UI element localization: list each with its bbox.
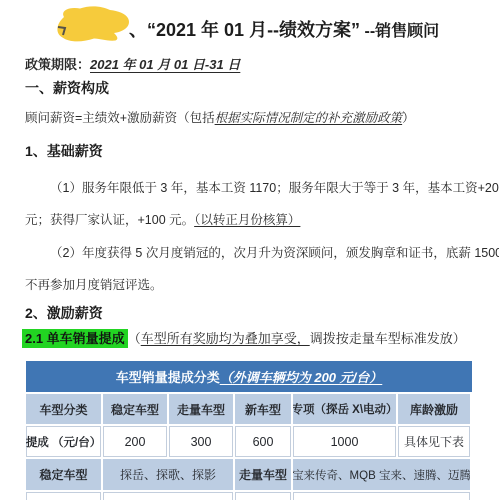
table-category-row: 稳定车型 探岳、探歌、探影 走量车型 宝来传奇、MQB 宝来、速腾、迈腾 — [26, 459, 472, 490]
partial-cell — [26, 492, 101, 500]
salary-formula-pre: 顾问薪资=主绩效+激励薪资（包括 — [25, 111, 215, 125]
page-title-main: 、“2021 年 01 月--绩效方案” — [129, 20, 360, 40]
marker-blob-shape — [57, 6, 129, 41]
header-cell-stable: 稳定车型 — [103, 394, 167, 424]
document-page: { "title": { "main": "、“2021 年 01 月--绩效方… — [0, 0, 499, 500]
base-item1-line2-text: 元；获得厂家认证，+100 元。 — [25, 213, 194, 227]
unit-commission-pre: （ — [128, 331, 141, 346]
heading-base-salary: 1、基础薪资 — [25, 141, 103, 161]
header-cell-special: 专项（探岳 X\电动） — [293, 394, 396, 424]
category-models-volume: 宝来传奇、MQB 宝来、速腾、迈腾 — [293, 459, 470, 490]
commission-value-special: 1000 — [293, 426, 396, 457]
commission-value-stock-age: 具体见下表 — [398, 426, 470, 457]
partial-cell — [235, 492, 291, 500]
base-item2-line1: （2）年度获得 5 次月度销冠的，次月升为资深顾问，颁发胸章和证书，底薪 150… — [50, 243, 499, 261]
unit-commission-underline: 车型所有奖励均为叠加享受， — [141, 331, 310, 346]
header-cell-new: 新车型 — [235, 394, 291, 424]
header-cell-stock-age: 库龄激励 — [398, 394, 470, 424]
category-label-volume: 走量车型 — [235, 459, 291, 490]
table-header-row: 车型分类 稳定车型 走量车型 新车型 专项（探岳 X\电动） 库龄激励 — [26, 394, 472, 424]
salary-formula-post: ） — [402, 111, 415, 125]
base-item1-line2: 元；获得厂家认证，+100 元。（以转正月份核算） — [25, 210, 300, 228]
table-partial-row — [26, 492, 472, 500]
table-commission-row: 提成 （元/台） 200 300 600 1000 具体见下表 — [26, 426, 472, 457]
marker-blob-icon — [52, 5, 132, 44]
policy-period: 政策期限：2021 年 01 月 01 日-31 日 — [25, 54, 240, 73]
heading-salary-structure: 一、薪资构成 — [25, 78, 109, 98]
page-title: 、“2021 年 01 月--绩效方案” --销售顾问 — [129, 16, 439, 42]
salary-formula: 顾问薪资=主绩效+激励薪资（包括根据实际情况制定的补充激励政策） — [25, 108, 415, 126]
unit-commission-highlight: 2.1 单车销量提成 — [22, 329, 128, 348]
commission-value-stable: 200 — [103, 426, 167, 457]
redaction-scribble — [52, 5, 132, 44]
table-title-main: 车型销量提成分类 — [116, 367, 220, 386]
salary-formula-emphasis: 根据实际情况制定的补充激励政策 — [215, 111, 403, 125]
category-models-stable: 探岳、探歌、探影 — [103, 459, 233, 490]
policy-period-label: 政策期限： — [25, 57, 90, 72]
base-item2-line2: 不再参加月度销冠评选。 — [25, 275, 163, 293]
header-cell-volume: 走量车型 — [169, 394, 233, 424]
page-title-suffix: --销售顾问 — [360, 23, 439, 40]
unit-commission-post: 调拨按走量车型标准发放） — [310, 331, 466, 346]
base-item1-line2-note: （以转正月份核算） — [194, 213, 300, 227]
commission-label-cell: 提成 （元/台） — [26, 426, 101, 457]
policy-period-value: 2021 年 01 月 01 日-31 日 — [90, 57, 240, 72]
commission-value-volume: 300 — [169, 426, 233, 457]
partial-cell — [293, 492, 470, 500]
header-cell-category: 车型分类 — [26, 394, 101, 424]
commission-table: 车型销量提成分类（外调车辆均为 200 元/台） 车型分类 稳定车型 走量车型 … — [26, 361, 472, 500]
category-label-stable: 稳定车型 — [26, 459, 101, 490]
unit-commission-line: 2.1 单车销量提成（车型所有奖励均为叠加享受，调拨按走量车型标准发放） — [22, 328, 466, 347]
table-title-note: （外调车辆均为 200 元/台） — [220, 367, 383, 386]
base-item1-line1: （1）服务年限低于 3 年，基本工资 1170；服务年限大于等于 3 年，基本工… — [50, 178, 499, 196]
commission-value-new: 600 — [235, 426, 291, 457]
partial-cell — [103, 492, 233, 500]
heading-incentive-salary: 2、激励薪资 — [25, 303, 103, 323]
table-title-row: 车型销量提成分类（外调车辆均为 200 元/台） — [26, 361, 472, 392]
